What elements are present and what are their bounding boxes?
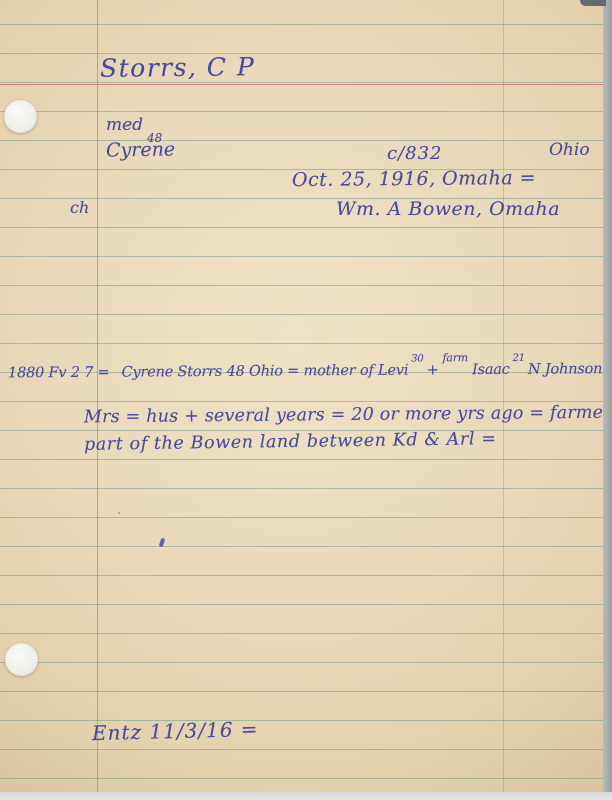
red-header-line xyxy=(0,84,603,85)
census-segment-2: + xyxy=(427,362,439,378)
scan-edge-bottom xyxy=(0,792,612,800)
census-segment-4: N Johnson = both Ind xyxy=(528,360,612,377)
johnson-age-superscript: 21 xyxy=(513,353,525,364)
census-source-ref: 1880 Fv 2 7 = xyxy=(8,364,110,381)
officiant-line: Wm. A Bowen, Omaha xyxy=(336,198,560,220)
stray-ink-dot xyxy=(118,512,120,514)
ch-label: ch xyxy=(70,198,89,217)
med-label: med xyxy=(106,115,143,135)
punch-hole-bottom xyxy=(5,643,38,676)
entry-date-footer: Entz 11/3/16 = xyxy=(92,717,259,745)
scan-edge-right xyxy=(603,0,612,800)
name-cyrene: Cyrene xyxy=(106,138,175,161)
scanned-notebook-page: Storrs, C P med 48 Cyrene c/832 Ohio Oct… xyxy=(0,0,612,800)
red-margin-line-left xyxy=(97,0,98,792)
birth-year: c/832 xyxy=(387,143,443,164)
event-date-line: Oct. 25, 1916, Omaha = xyxy=(292,167,536,191)
scan-corner-shadow xyxy=(580,0,606,6)
census-segment-1: Cyrene Storrs 48 Ohio = mother of Levi xyxy=(122,362,409,380)
farm-superscript: farm xyxy=(442,351,468,364)
census-segment-3: Isaac xyxy=(472,362,510,378)
levi-age-superscript: 30 xyxy=(411,353,423,364)
page-title: Storrs, C P xyxy=(100,52,256,83)
punch-hole-top xyxy=(4,100,37,133)
birth-place: Ohio xyxy=(549,140,590,160)
red-margin-line-right xyxy=(503,0,504,792)
